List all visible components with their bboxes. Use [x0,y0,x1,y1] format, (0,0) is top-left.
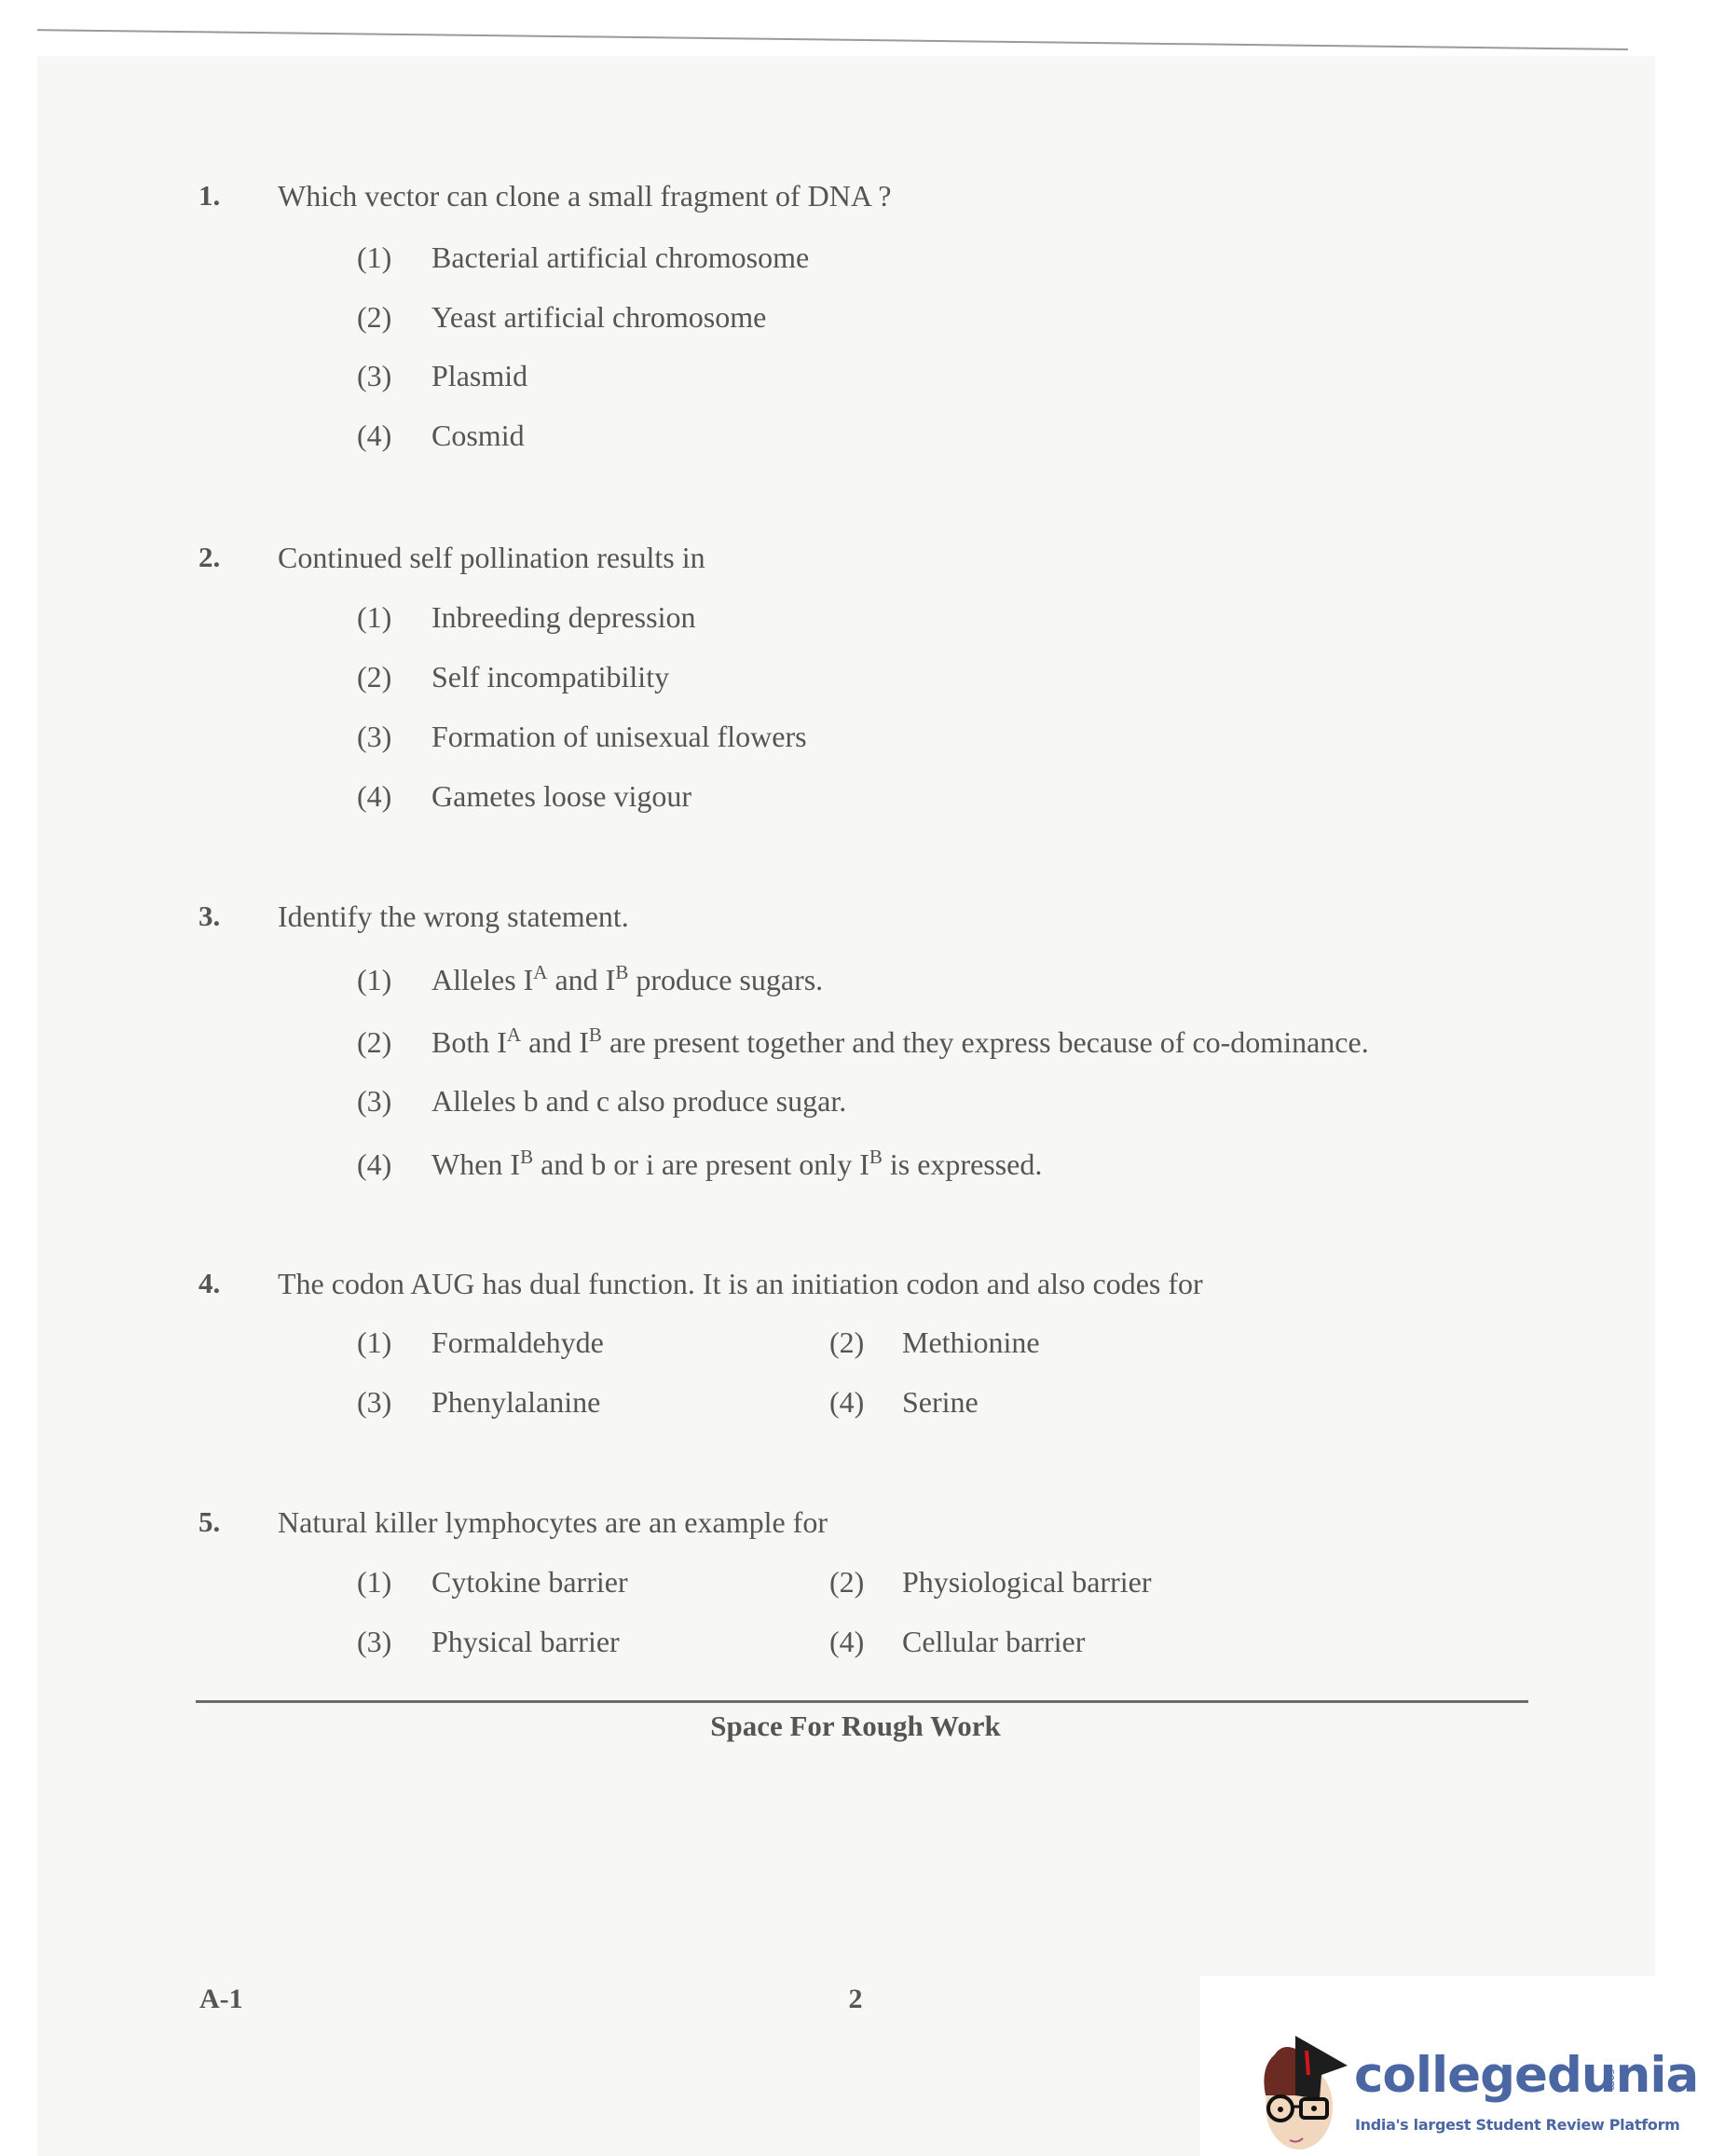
collegedunia-watermark: collegedunia .com India's largest Studen… [1200,1976,1711,2156]
option-label: (1) [357,961,391,998]
option-label: (1) [357,1563,391,1600]
option-label: (2) [357,1023,391,1061]
option-text: When IB and b or i are present only IB i… [431,1146,1042,1183]
option-text: Both IA and IB are present together and … [431,1023,1369,1061]
option-text: Bacterial artificial chromosome [431,239,809,276]
option-label: (4) [357,1146,391,1183]
option-text: Physical barrier [431,1623,620,1660]
option-label: (4) [829,1623,864,1660]
brand-domain-suffix: .com [1606,2066,1618,2091]
option-label: (3) [357,1623,391,1660]
option-text: Formation of unisexual flowers [431,718,807,755]
question-number: 5. [198,1504,220,1541]
option-label: (4) [357,777,391,815]
option-text: Alleles IA and IB produce sugars. [431,961,823,998]
option-label: (1) [357,239,391,276]
brand-name: collegedunia [1354,2048,1698,2104]
option-text: Self incompatibility [431,658,669,695]
rough-work-divider [196,1700,1528,1703]
option-text: Cytokine barrier [431,1563,628,1600]
graduate-student-mascot-icon [1254,2030,1357,2156]
option-label: (1) [357,598,391,636]
question-text: Continued self pollination results in [278,539,705,576]
rough-work-title: Space For Rough Work [0,1708,1711,1745]
option-text: Inbreeding depression [431,598,695,636]
question-text: Natural killer lymphocytes are an exampl… [278,1504,828,1541]
option-label: (3) [357,1383,391,1421]
question-text: Identify the wrong statement. [278,898,629,935]
option-label: (2) [829,1563,864,1600]
option-label: (2) [357,658,391,695]
option-label: (3) [357,718,391,755]
question-text: Which vector can clone a small fragment … [278,177,891,214]
question-number: 4. [198,1265,220,1302]
option-text: Methionine [902,1324,1040,1361]
option-label: (2) [829,1324,864,1361]
option-text: Cellular barrier [902,1623,1085,1660]
option-text: Formaldehyde [431,1324,604,1361]
option-label: (3) [357,1082,391,1119]
question-number: 2. [198,539,220,576]
question-number: 3. [198,898,220,935]
option-label: (4) [829,1383,864,1421]
scan-left-margin [0,0,37,2156]
question-number: 1. [198,177,220,214]
scan-right-margin [1655,0,1711,2156]
option-text: Yeast artificial chromosome [431,298,766,336]
option-label: (4) [357,417,391,454]
option-text: Plasmid [431,357,527,394]
option-text: Physiological barrier [902,1563,1151,1600]
option-label: (3) [357,357,391,394]
option-label: (2) [357,298,391,336]
option-text: Phenylalanine [431,1383,600,1421]
brand-tagline: India's largest Student Review Platform [1355,2116,1680,2134]
option-text: Cosmid [431,417,525,454]
option-text: Serine [902,1383,979,1421]
option-text: Alleles b and c also produce sugar. [431,1082,846,1119]
question-text: The codon AUG has dual function. It is a… [278,1265,1203,1302]
option-text: Gametes loose vigour [431,777,691,815]
option-label: (1) [357,1324,391,1361]
